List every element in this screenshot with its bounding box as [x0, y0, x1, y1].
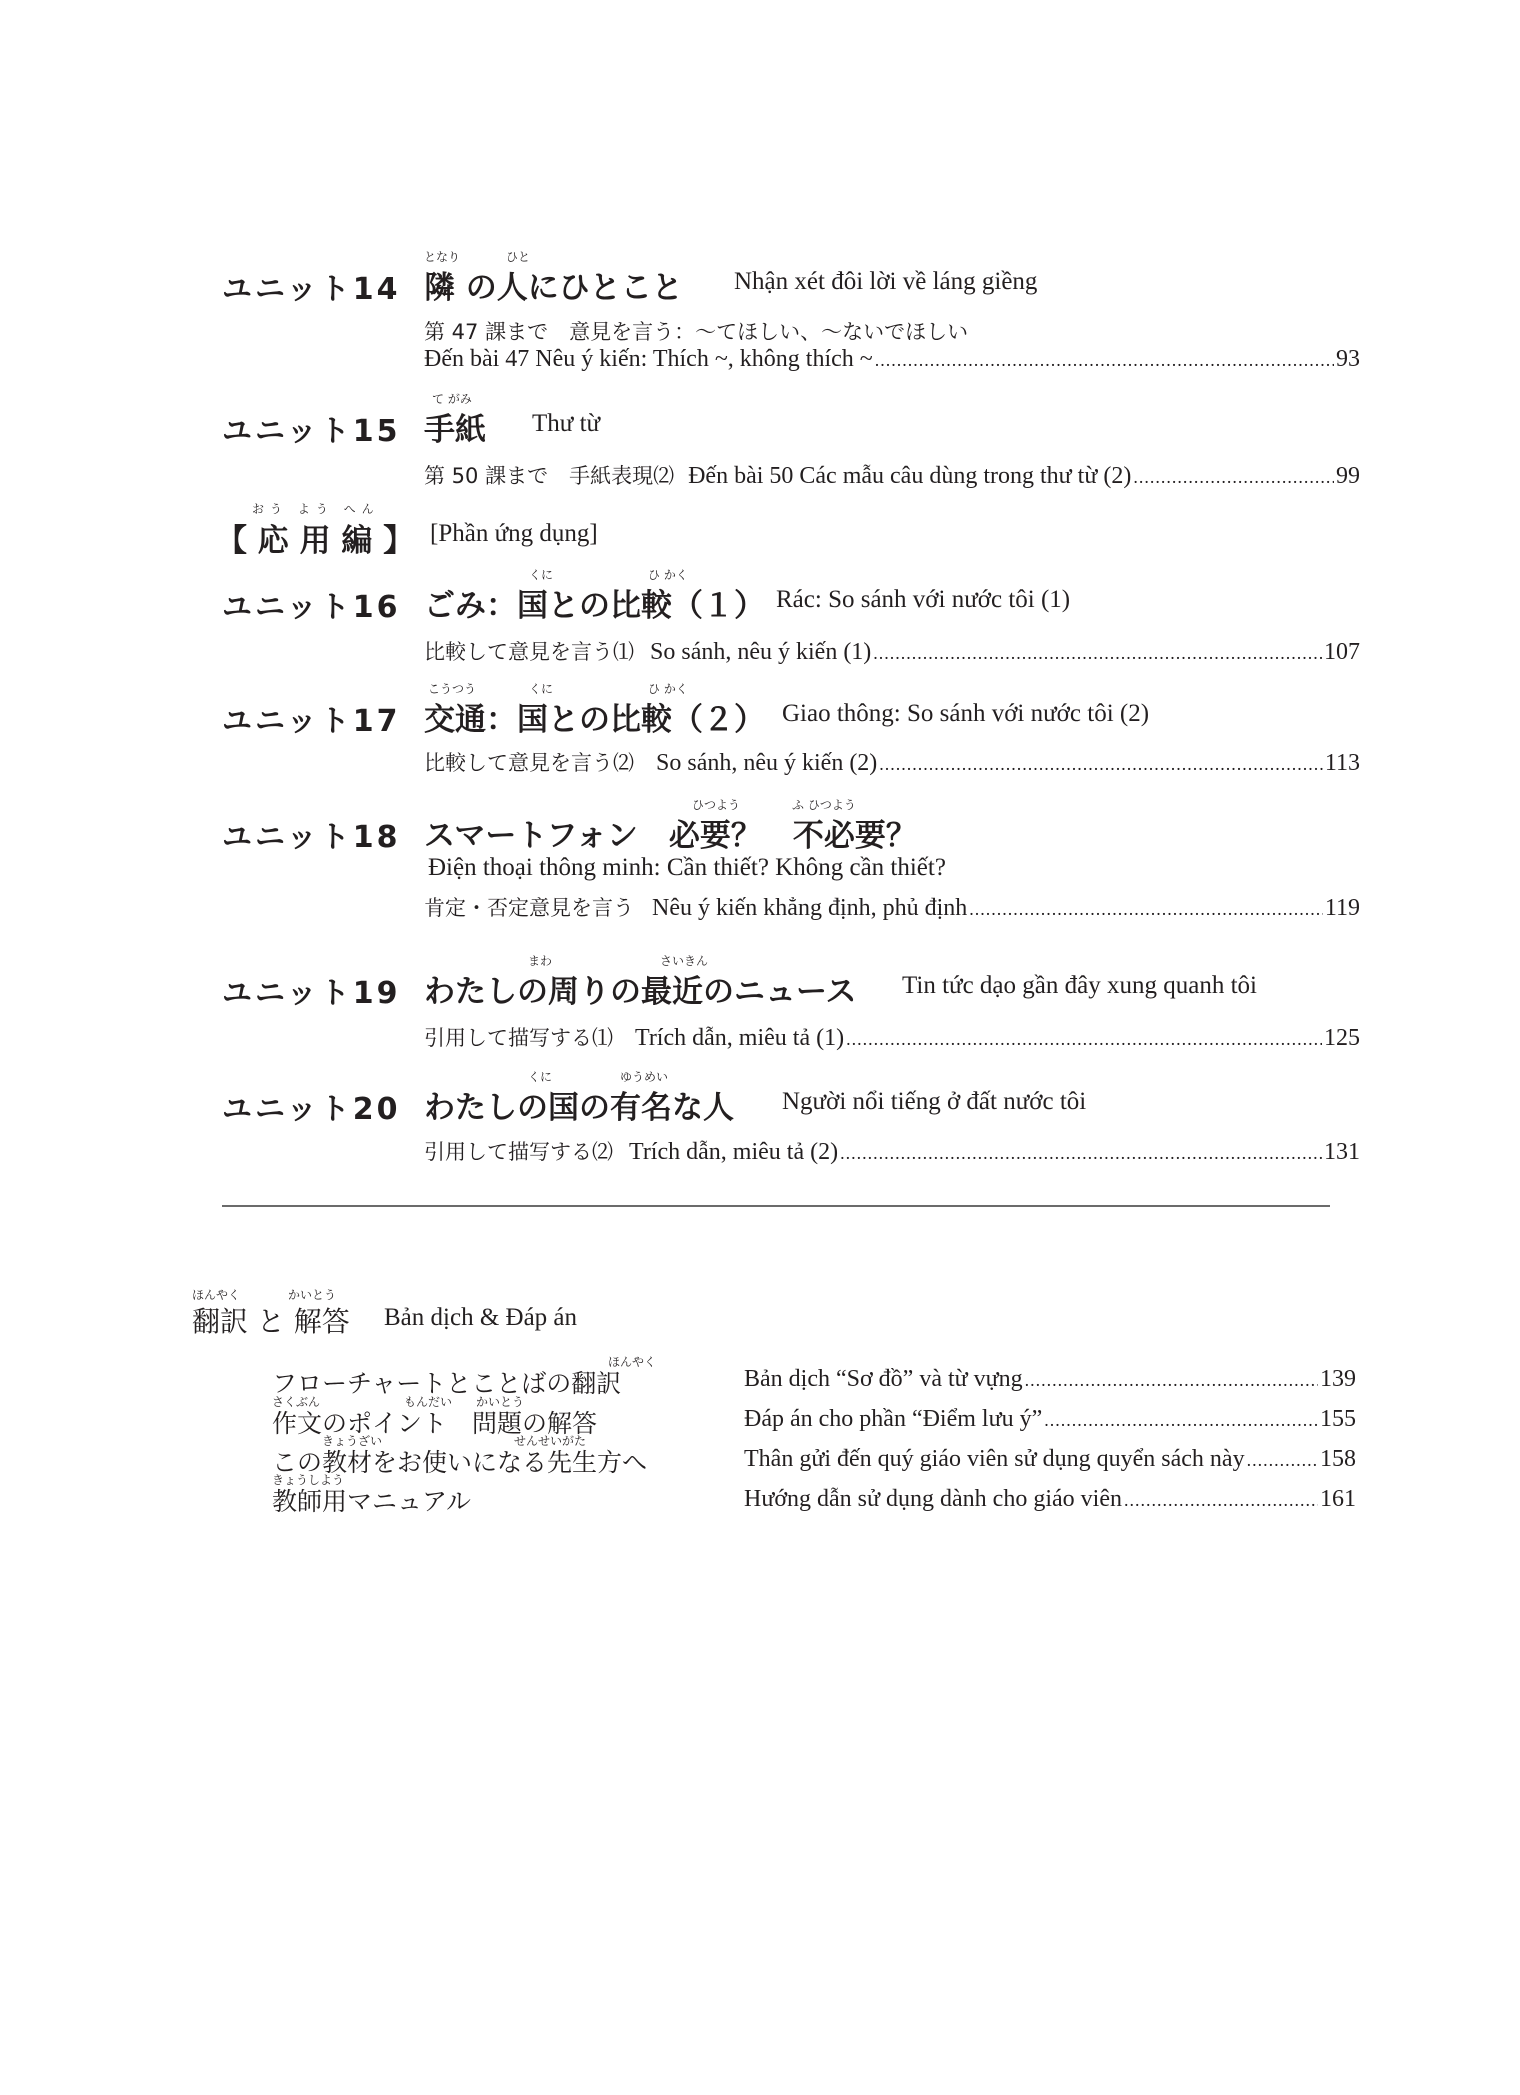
toc-entry[interactable]: Đáp án cho phần “Điểm lưu ý” 155 — [744, 1406, 1356, 1433]
unit-title-vi: Tin tức dạo gần đây xung quanh tôi — [902, 972, 1257, 1000]
unit-label: ユニット19 — [222, 968, 401, 1012]
toc-entry-text: Bản dịch “Sơ đồ” và từ vựng — [744, 1366, 1023, 1393]
unit-subtitle-jp: 引用して描写する⑵ — [424, 1136, 613, 1166]
unit-subtitle-jp: 肯定・否定意見を言う — [424, 892, 634, 922]
unit-title-jp: スマートフォン 必要？ 不必要？ — [424, 810, 917, 855]
unit-subtitle-jp: 第 47 課まで 意見を言う：〜てほしい、〜ないでほしい — [424, 316, 968, 346]
page-number: 119 — [1325, 895, 1360, 922]
section-label-vi: [Phần ứng dụng] — [430, 520, 598, 548]
unit-title-jp: 交通：国との比較（２） — [424, 694, 765, 739]
unit-title-jp: 隣 の人にひとこと — [424, 262, 683, 307]
unit-title-vi: Điện thoại thông minh: Cần thiết? Không … — [428, 854, 946, 882]
page-number: 158 — [1320, 1446, 1356, 1473]
toc-entry-text: So sánh, nêu ý kiến (1) — [650, 639, 871, 666]
unit-title-vi: Nhận xét đôi lời về láng giềng — [734, 268, 1037, 296]
appendix-title-jp: 翻訳 と 解答 — [192, 1300, 350, 1340]
leader-dots — [840, 1143, 1322, 1164]
page-number: 93 — [1336, 346, 1360, 373]
page-number: 113 — [1325, 750, 1360, 777]
toc-entry-text: So sánh, nêu ý kiến (2) — [656, 750, 877, 777]
unit-label: ユニット15 — [222, 406, 401, 450]
toc-entry[interactable]: 引用して描写する⑴ Trích dẫn, miêu tả (1) 125 — [424, 1022, 1360, 1052]
leader-dots — [1044, 1410, 1318, 1431]
unit-subtitle-jp: 比較して意見を言う⑵ — [424, 747, 634, 777]
toc-entry-text: Đến bài 50 Các mẫu câu dùng trong thư từ… — [688, 463, 1131, 490]
unit-title-jp: わたしの国の有名な人 — [424, 1082, 734, 1127]
toc-entry[interactable]: 第 50 課まで 手紙表現⑵ Đến bài 50 Các mẫu câu dù… — [424, 460, 1360, 490]
unit-subtitle-jp: 第 50 課まで 手紙表現⑵ — [424, 460, 674, 490]
leader-dots — [969, 899, 1323, 920]
toc-entry[interactable]: 比較して意見を言う⑵ So sánh, nêu ý kiến (2) 113 — [424, 747, 1360, 777]
toc-entry-text: Đáp án cho phần “Điểm lưu ý” — [744, 1406, 1042, 1433]
unit-title-jp: ごみ：国との比較（１） — [424, 580, 765, 625]
toc-entry[interactable]: Đến bài 47 Nêu ý kiến: Thích ~, không th… — [424, 346, 1360, 373]
toc-entry-text: Trích dẫn, miêu tả (2) — [629, 1139, 838, 1166]
page-number: 161 — [1320, 1486, 1356, 1513]
unit-subtitle-jp: 比較して意見を言う⑴ — [424, 636, 634, 666]
leader-dots — [1124, 1490, 1318, 1511]
unit-title-vi: Rác: So sánh với nước tôi (1) — [776, 586, 1070, 614]
unit-title-jp: わたしの周りの最近のニュース — [424, 966, 856, 1011]
appendix-title-vi: Bản dịch & Đáp án — [384, 1304, 577, 1332]
leader-dots — [875, 350, 1334, 371]
leader-dots — [873, 643, 1322, 664]
toc-entry[interactable]: Thân gửi đến quý giáo viên sử dụng quyển… — [744, 1446, 1356, 1473]
section-divider — [222, 1205, 1330, 1207]
page-number: 139 — [1320, 1366, 1356, 1393]
unit-label: ユニット18 — [222, 812, 401, 856]
leader-dots — [1025, 1370, 1318, 1391]
unit-title-jp: 手紙 — [424, 404, 486, 449]
toc-entry[interactable]: Bản dịch “Sơ đồ” và từ vựng 139 — [744, 1366, 1356, 1393]
unit-subtitle-jp: 引用して描写する⑴ — [424, 1022, 613, 1052]
toc-entry-text: Hướng dẫn sử dụng dành cho giáo viên — [744, 1486, 1122, 1513]
page-number: 107 — [1324, 639, 1360, 666]
page-number: 125 — [1324, 1025, 1360, 1052]
unit-title-vi: Giao thông: So sánh với nước tôi (2) — [782, 700, 1149, 728]
page-number: 99 — [1336, 463, 1360, 490]
page-number: 155 — [1320, 1406, 1356, 1433]
toc-entry-text: Đến bài 47 Nêu ý kiến: Thích ~, không th… — [424, 346, 873, 373]
leader-dots — [1133, 467, 1334, 488]
unit-label: ユニット16 — [222, 582, 401, 626]
toc-entry[interactable]: Hướng dẫn sử dụng dành cho giáo viên 161 — [744, 1486, 1356, 1513]
unit-label: ユニット17 — [222, 696, 401, 740]
toc-entry-text: Nêu ý kiến khẳng định, phủ định — [652, 895, 967, 922]
page-number: 131 — [1324, 1139, 1360, 1166]
unit-title-vi: Thư từ — [532, 410, 600, 438]
unit-label: ユニット20 — [222, 1084, 401, 1128]
unit-title-vi: Người nổi tiếng ở đất nước tôi — [782, 1088, 1086, 1116]
toc-entry-text: Thân gửi đến quý giáo viên sử dụng quyển… — [744, 1446, 1245, 1473]
leader-dots — [879, 754, 1323, 775]
appendix-item-jp: 教師用マニュアル — [272, 1482, 471, 1518]
toc-entry[interactable]: 肯定・否定意見を言う Nêu ý kiến khẳng định, phủ đị… — [424, 892, 1360, 922]
unit-label: ユニット14 — [222, 264, 401, 308]
toc-entry-text: Trích dẫn, miêu tả (1) — [635, 1025, 844, 1052]
leader-dots — [1247, 1450, 1318, 1471]
leader-dots — [846, 1029, 1322, 1050]
toc-entry[interactable]: 引用して描写する⑵ Trích dẫn, miêu tả (2) 131 — [424, 1136, 1360, 1166]
section-label-jp: 【 応 用 編 】 — [216, 515, 414, 560]
toc-entry[interactable]: 比較して意見を言う⑴ So sánh, nêu ý kiến (1) 107 — [424, 636, 1360, 666]
